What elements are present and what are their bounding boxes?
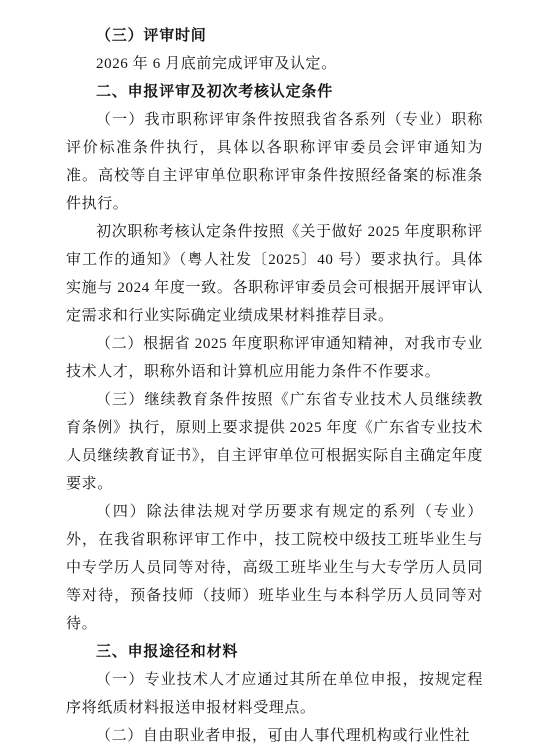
- paragraph: 2026 年 6 月底前完成评审及认定。: [66, 50, 483, 78]
- paragraph: （三）继续教育条件按照《广东省专业技术人员继续教育条例》执行，原则上要求提供 2…: [66, 386, 483, 498]
- document-page: （三）评审时间2026 年 6 月底前完成评审及认定。二、申报评审及初次考核认定…: [0, 0, 547, 752]
- document-body: （三）评审时间2026 年 6 月底前完成评审及认定。二、申报评审及初次考核认定…: [66, 22, 483, 750]
- paragraph: 初次职称考核认定条件按照《关于做好 2025 年度职称评审工作的通知》（粤人社发…: [66, 218, 483, 330]
- section-heading: 三、申报途径和材料: [66, 638, 483, 666]
- paragraph: （二）根据省 2025 年度职称评审通知精神，对我市专业技术人才，职称外语和计算…: [66, 330, 483, 386]
- section-heading: 二、申报评审及初次考核认定条件: [66, 78, 483, 106]
- section-heading: （三）评审时间: [66, 22, 483, 50]
- paragraph: （一）专业技术人才应通过其所在单位申报，按规定程序将纸质材料报送申报材料受理点。: [66, 666, 483, 722]
- page-number: 5: [0, 733, 547, 745]
- paragraph: （四）除法律法规对学历要求有规定的系列（专业）外，在我省职称评审工作中，技工院校…: [66, 498, 483, 638]
- paragraph: （一）我市职称评审条件按照我省各系列（专业）职称评价标准条件执行，具体以各职称评…: [66, 106, 483, 218]
